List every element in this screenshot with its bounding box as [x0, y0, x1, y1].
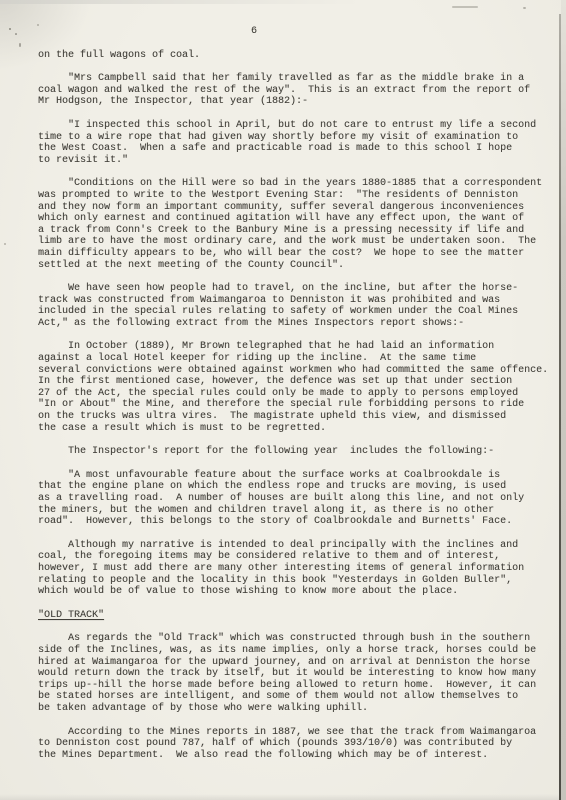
- document-page: 6 on the full wagons of coal. "Mrs Campb…: [0, 0, 566, 800]
- paragraph: We have seen how people had to travel, o…: [38, 283, 546, 329]
- paragraph: Although my narrative is intended to dea…: [38, 540, 546, 598]
- page-number: 6: [0, 26, 508, 38]
- paragraph: on the full wagons of coal.: [38, 50, 546, 62]
- section-heading-old-track: "OLD TRACK": [38, 610, 546, 622]
- paragraph: "I inspected this school in April, but d…: [38, 120, 546, 166]
- paragraph: The Inspector's report for the following…: [38, 446, 546, 458]
- paragraph: As regards the "Old Track" which was con…: [38, 633, 546, 714]
- paragraph: "Conditions on the Hill were so bad in t…: [38, 178, 546, 271]
- paragraph: "A most unfavourable feature about the s…: [38, 470, 546, 528]
- paragraph: According to the Mines reports in 1887, …: [38, 727, 546, 762]
- paragraph: "Mrs Campbell said that her family trave…: [38, 73, 546, 108]
- paragraph: In October (1889), Mr Brown telegraphed …: [38, 341, 546, 434]
